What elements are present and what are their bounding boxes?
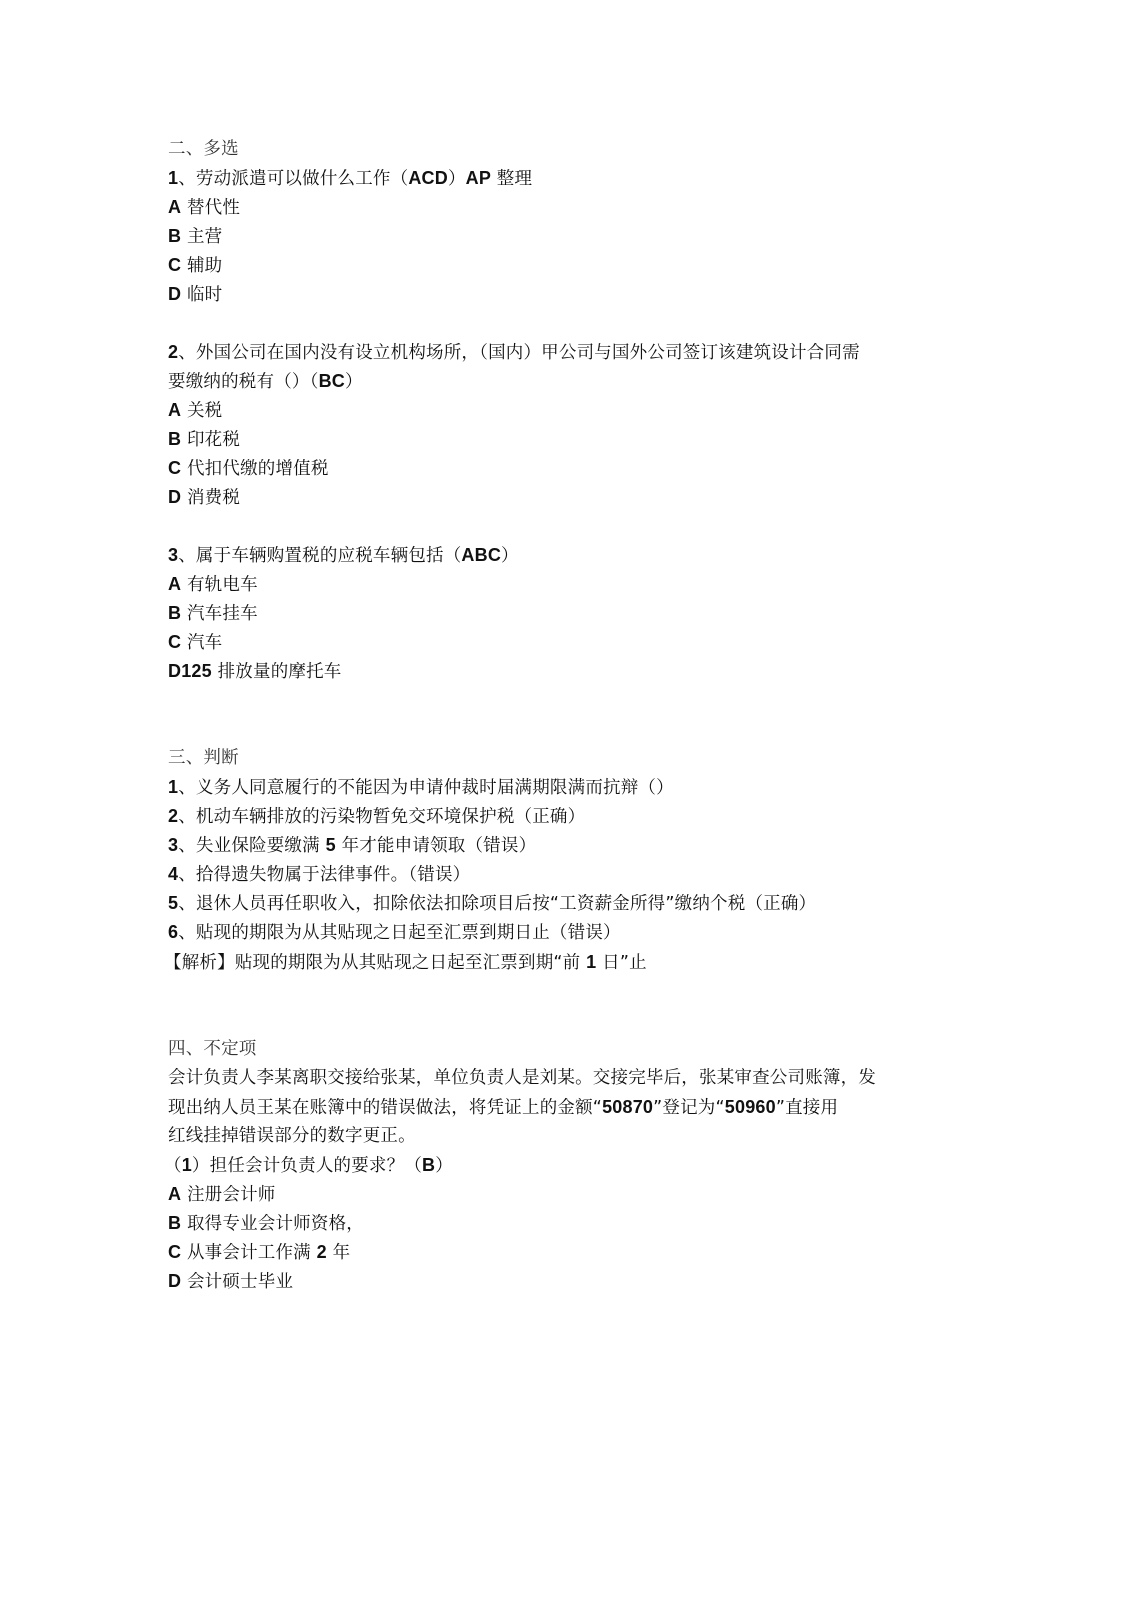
option-letter: D [168, 487, 181, 507]
option-text: 印花税 [181, 430, 240, 450]
option-text: 有轨电车 [181, 575, 258, 595]
answer-key: ABC [461, 545, 501, 565]
option-letter: A [168, 197, 181, 217]
question-number: 1 [182, 1155, 192, 1175]
option-b: B 取得专业会计师资格， [168, 1209, 364, 1238]
case-text: 现出纳人员王某在账簿中的错误做法，将凭证上的金额“ [168, 1098, 602, 1118]
question-text: ）担任会计负责人的要求？（ [192, 1156, 422, 1176]
item-bold-number: 5 [326, 835, 336, 855]
option-bold-number: 2 [317, 1242, 327, 1262]
option-text: 关税 [181, 401, 222, 421]
case-text: ”直接用 [776, 1098, 838, 1118]
analysis-bold-number: 1 [586, 952, 596, 972]
option-c: C 从事会计工作满 2 年 [168, 1238, 350, 1267]
answer-key: B [422, 1155, 435, 1175]
analysis-text: 贴现的期限为从其贴现之日起至汇票到期“前 [235, 953, 586, 973]
question-text: 要缴纳的税有（）（ [168, 372, 319, 392]
option-d: D 临时 [168, 280, 222, 309]
judge-item-1: 1、义务人同意履行的不能因为申请仲裁时届满期限满而抗辩（） [168, 773, 674, 802]
item-text: 、贴现的期限为从其贴现之日起至汇票到期日止（错误） [178, 923, 621, 943]
option-letter: C [168, 255, 181, 275]
question-multi-2-line2: 要缴纳的税有（）（BC） [168, 367, 363, 396]
option-letter: B [168, 429, 181, 449]
question-text: 、外国公司在国内没有设立机构场所，（国内）甲公司与国外公司签订该建筑设计合同需 [178, 343, 860, 363]
option-b: B 主营 [168, 222, 222, 251]
amount-original: 50870 [602, 1097, 653, 1117]
option-c: C 辅助 [168, 251, 222, 280]
question-text: 、属于车辆购置税的应税车辆包括（ [178, 546, 461, 566]
item-text: 、拾得遗失物属于法律事件。（错误） [178, 865, 470, 885]
question-multi-1: 1、劳动派遣可以做什么工作（ACD）AP 整理 [168, 164, 532, 193]
option-a: A 注册会计师 [168, 1180, 275, 1209]
paren-open: （ [164, 1156, 182, 1176]
judge-item-3: 3、失业保险要缴满 5 年才能申请领取（错误） [168, 831, 536, 860]
option-a: A 关税 [168, 396, 222, 425]
case-text: ”登记为“ [653, 1098, 725, 1118]
question-number: 1 [168, 168, 178, 188]
analysis-label: 【解析】 [164, 953, 235, 973]
option-a: A 替代性 [168, 193, 240, 222]
answer-key: BC [319, 371, 345, 391]
option-b: B 印花税 [168, 425, 240, 454]
item-number: 4 [168, 864, 178, 884]
question-indefinite-1: （1）担任会计负责人的要求？（B） [164, 1151, 453, 1180]
option-text: 辅助 [181, 256, 222, 276]
judge-item-2: 2、机动车辆排放的污染物暂免交环境保护税（正确） [168, 802, 585, 831]
note-bold: AP [466, 168, 491, 188]
paren-close: ） [435, 1156, 453, 1176]
item-number: 2 [168, 806, 178, 826]
item-number: 5 [168, 893, 178, 913]
option-text: 主营 [181, 227, 222, 247]
item-text: 、失业保险要缴满 [178, 836, 325, 856]
item-text: 、退休人员再任职收入，扣除依法扣除项目后按“工资薪金所得”缴纳个税（正确） [178, 894, 816, 914]
item-text: 、义务人同意履行的不能因为申请仲裁时届满期限满而抗辩（） [178, 778, 674, 798]
option-letter: A [168, 574, 181, 594]
option-text: 从事会计工作满 [181, 1243, 316, 1263]
item-number: 1 [168, 777, 178, 797]
item-text: 、机动车辆排放的污染物暂免交环境保护税（正确） [178, 807, 585, 827]
option-letter: A [168, 400, 181, 420]
option-text: 汽车挂车 [181, 604, 258, 624]
section-heading-indefinite: 四、不定项 [168, 1035, 257, 1064]
note-text: 整理 [491, 169, 532, 189]
option-b: B 汽车挂车 [168, 599, 258, 628]
option-d: D 消费税 [168, 483, 240, 512]
analysis-text: 日”止 [596, 953, 646, 973]
option-text: 消费税 [181, 488, 240, 508]
option-letter: D [168, 284, 181, 304]
item-number: 6 [168, 922, 178, 942]
option-letter: D [168, 1271, 181, 1291]
option-text: 汽车 [181, 633, 222, 653]
question-number: 3 [168, 545, 178, 565]
paren-close: ） [345, 372, 363, 392]
option-a: A 有轨电车 [168, 570, 258, 599]
answer-key: ACD [408, 168, 448, 188]
case-text-line2: 现出纳人员王某在账簿中的错误做法，将凭证上的金额“50870”登记为“50960… [168, 1093, 838, 1122]
option-d: D 会计硕士毕业 [168, 1267, 293, 1296]
option-text: 年 [327, 1243, 350, 1263]
option-letter: B [168, 603, 181, 623]
option-d: D125 排放量的摩托车 [168, 657, 342, 686]
option-text: 临时 [181, 285, 222, 305]
judge-item-6: 6、贴现的期限为从其贴现之日起至汇票到期日止（错误） [168, 918, 621, 947]
question-multi-2-line1: 2、外国公司在国内没有设立机构场所，（国内）甲公司与国外公司签订该建筑设计合同需 [168, 338, 860, 367]
option-c: C 汽车 [168, 628, 222, 657]
paren-close: ） [448, 169, 466, 189]
option-letter: B [168, 226, 181, 246]
case-text-line1: 会计负责人李某离职交接给张某，单位负责人是刘某。交接完毕后，张某审查公司账簿，发 [168, 1064, 876, 1093]
option-text: 排放量的摩托车 [212, 662, 342, 682]
paren-close: ） [501, 546, 519, 566]
section-heading-multi-choice: 二、多选 [168, 135, 239, 164]
case-text-line3: 红线挂掉错误部分的数字更正。 [168, 1122, 416, 1151]
option-letter: C [168, 458, 181, 478]
section-heading-judge: 三、判断 [168, 744, 239, 773]
option-letter: C [168, 1242, 181, 1262]
option-text: 代扣代缴的增值税 [181, 459, 328, 479]
option-text: 注册会计师 [181, 1185, 275, 1205]
judge-item-5: 5、退休人员再任职收入，扣除依法扣除项目后按“工资薪金所得”缴纳个税（正确） [168, 889, 816, 918]
question-number: 2 [168, 342, 178, 362]
option-letter: D125 [168, 661, 212, 681]
option-letter: A [168, 1184, 181, 1204]
amount-recorded: 50960 [725, 1097, 776, 1117]
question-multi-3: 3、属于车辆购置税的应税车辆包括（ABC） [168, 541, 519, 570]
item-text: 年才能申请领取（错误） [336, 836, 536, 856]
option-c: C 代扣代缴的增值税 [168, 454, 329, 483]
option-text: 会计硕士毕业 [181, 1272, 293, 1292]
option-text: 取得专业会计师资格， [181, 1214, 364, 1234]
question-text: 、劳动派遣可以做什么工作（ [178, 169, 408, 189]
analysis-note: 【解析】贴现的期限为从其贴现之日起至汇票到期“前 1 日”止 [164, 948, 647, 977]
option-letter: B [168, 1213, 181, 1233]
option-letter: C [168, 632, 181, 652]
option-text: 替代性 [181, 198, 240, 218]
judge-item-4: 4、拾得遗失物属于法律事件。（错误） [168, 860, 470, 889]
item-number: 3 [168, 835, 178, 855]
